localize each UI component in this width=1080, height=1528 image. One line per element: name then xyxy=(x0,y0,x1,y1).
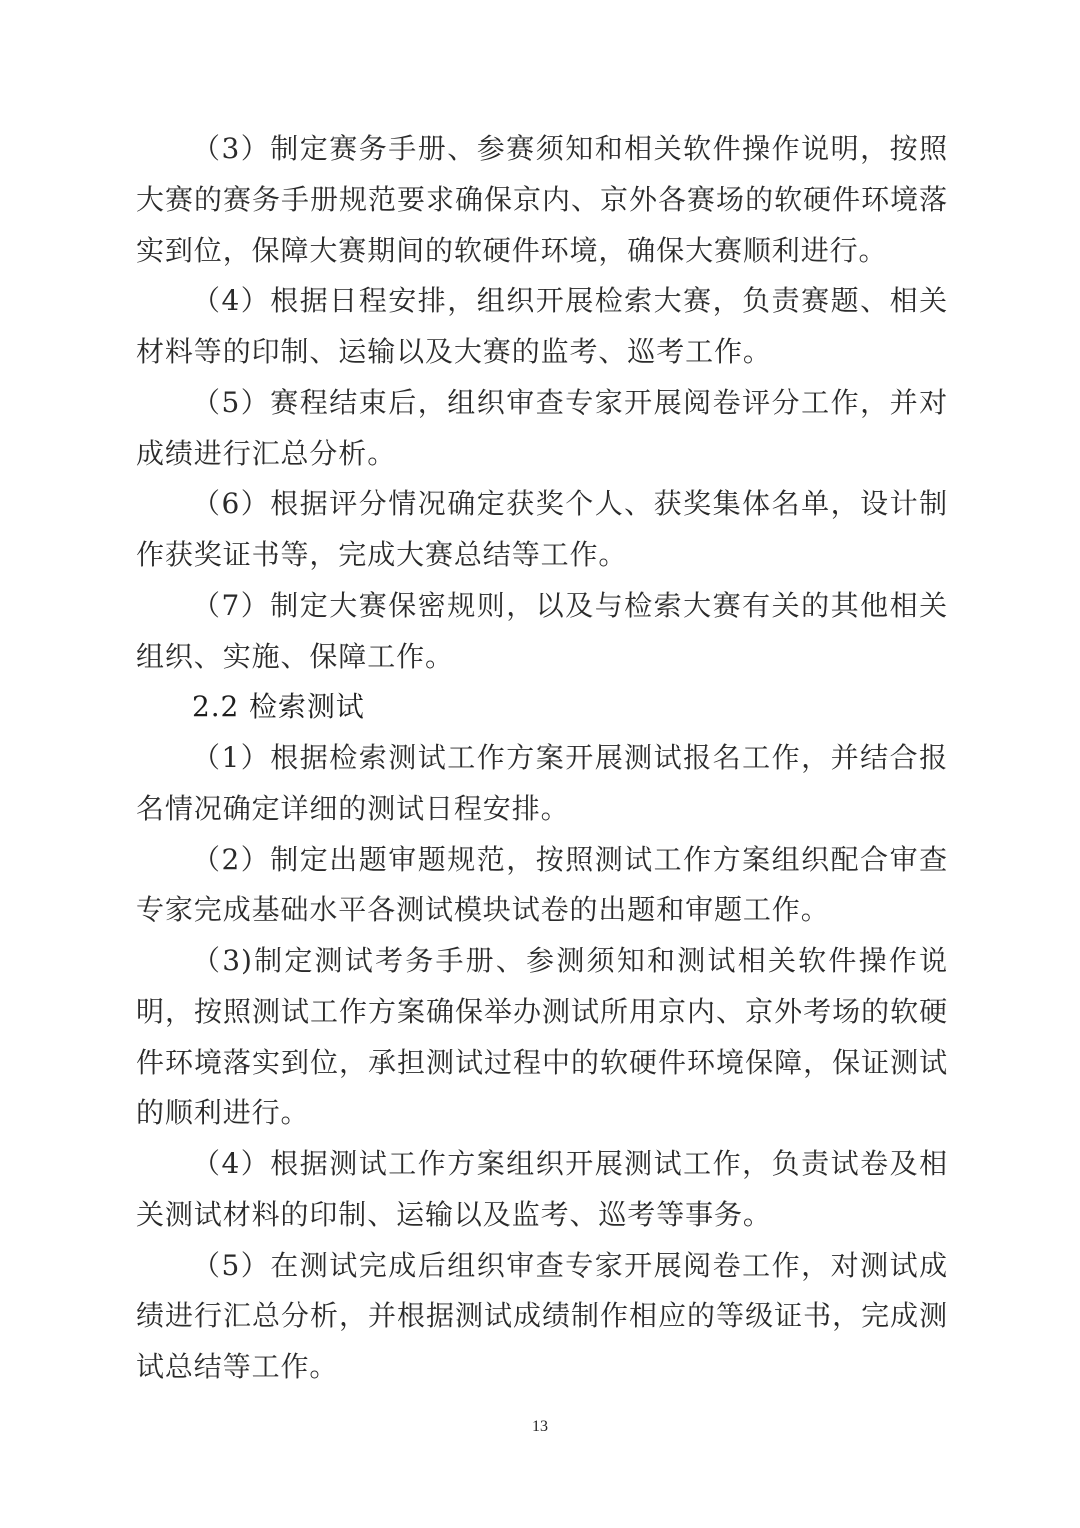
paragraph-contest-3: （3）制定赛务手册、参赛须知和相关软件操作说明，按照大赛的赛务手册规范要求确保京… xyxy=(136,124,948,276)
paragraph-test-4: （4）根据测试工作方案组织开展测试工作，负责试卷及相关测试材料的印制、运输以及监… xyxy=(136,1139,948,1241)
paragraph-contest-7: （7）制定大赛保密规则，以及与检索大赛有关的其他相关组织、实施、保障工作。 xyxy=(136,581,948,683)
paragraph-contest-6: （6）根据评分情况确定获奖个人、获奖集体名单，设计制作获奖证书等，完成大赛总结等… xyxy=(136,479,948,581)
document-page: （3）制定赛务手册、参赛须知和相关软件操作说明，按照大赛的赛务手册规范要求确保京… xyxy=(0,0,1080,1528)
page-number: 13 xyxy=(0,1418,1080,1436)
paragraph-test-2: （2）制定出题审题规范，按照测试工作方案组织配合审查专家完成基础水平各测试模块试… xyxy=(136,835,948,937)
section-heading-2-2: 2.2 检索测试 xyxy=(136,682,948,733)
paragraph-test-3: （3)制定测试考务手册、参测须知和测试相关软件操作说明，按照测试工作方案确保举办… xyxy=(136,936,948,1139)
paragraph-test-1: （1）根据检索测试工作方案开展测试报名工作，并结合报名情况确定详细的测试日程安排… xyxy=(136,733,948,835)
paragraph-contest-4: （4）根据日程安排，组织开展检索大赛，负责赛题、相关材料等的印制、运输以及大赛的… xyxy=(136,276,948,378)
paragraph-contest-5: （5）赛程结束后，组织审查专家开展阅卷评分工作，并对成绩进行汇总分析。 xyxy=(136,378,948,480)
document-body: （3）制定赛务手册、参赛须知和相关软件操作说明，按照大赛的赛务手册规范要求确保京… xyxy=(136,124,948,1393)
paragraph-test-5: （5）在测试完成后组织审查专家开展阅卷工作，对测试成绩进行汇总分析，并根据测试成… xyxy=(136,1241,948,1393)
